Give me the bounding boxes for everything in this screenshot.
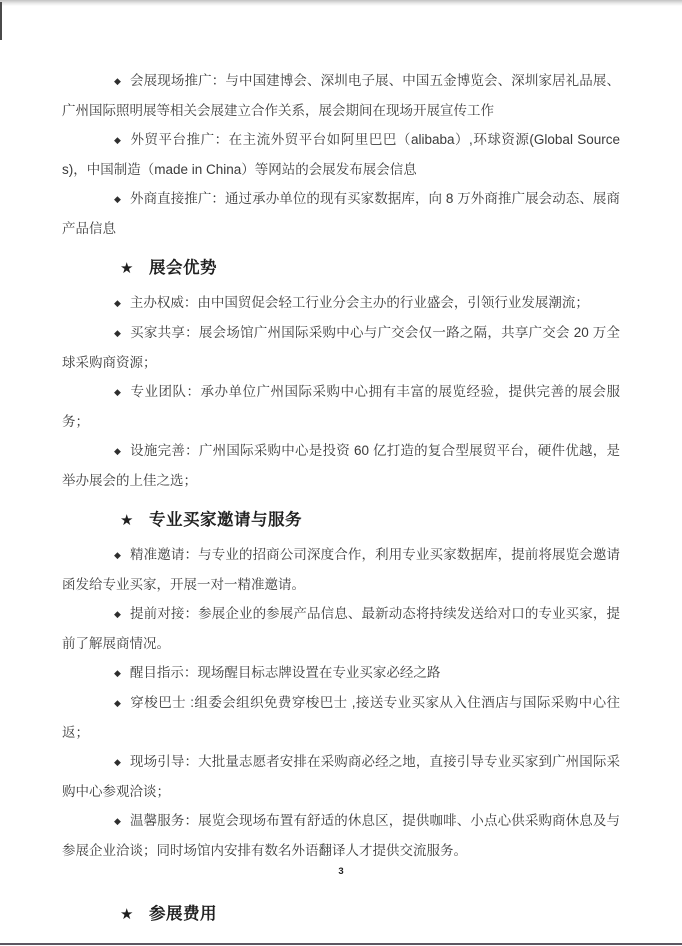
bullet-paragraph: ◆温馨服务：展览会现场布置有舒适的休息区，提供咖啡、小点心供采购商休息及与参展企… [62, 806, 620, 865]
section-title: 专业买家邀请与服务 [149, 511, 302, 529]
bullet-paragraph: ◆醒目指示：现场醒目标志牌设置在专业买家必经之路 [62, 658, 620, 688]
bullet-paragraph: ◆外贸平台推广：在主流外贸平台如阿里巴巴（alibaba）,环球资源(Globa… [62, 125, 620, 184]
bullet-paragraph: ◆提前对接：参展企业的参展产品信息、最新动态将持续发送给对口的专业买家，提前了解… [62, 599, 620, 658]
page-number: 3 [0, 866, 682, 877]
section-heading-advantages: ★展会优势 [62, 253, 620, 284]
diamond-bullet-icon: ◆ [114, 135, 121, 145]
bullet-text: 专业团队：承办单位广州国际采购中心拥有丰富的展览经验，提供完善的展会服务； [62, 384, 620, 429]
diamond-bullet-icon: ◆ [114, 816, 121, 826]
section-heading-fees: ★参展费用 [62, 899, 620, 930]
bullet-paragraph: ◆穿梭巴士 :组委会组织免费穿梭巴士 ,接送专业买家从入住酒店与国际采购中心往返… [62, 688, 620, 747]
section-title: 参展费用 [149, 905, 217, 923]
bullet-text: 醒目指示：现场醒目标志牌设置在专业买家必经之路 [130, 665, 441, 680]
document-page: ◆会展现场推广：与中国建博会、深圳电子展、中国五金博览会、深圳家居礼品展、广州国… [0, 0, 682, 946]
bullet-paragraph: ◆专业团队：承办单位广州国际采购中心拥有丰富的展览经验，提供完善的展会服务； [62, 377, 620, 436]
bullet-text: 会展现场推广：与中国建博会、深圳电子展、中国五金博览会、深圳家居礼品展、广州国际… [62, 73, 620, 118]
diamond-bullet-icon: ◆ [114, 698, 121, 708]
bullet-text: 精准邀请：与专业的招商公司深度合作，利用专业买家数据库，提前将展览会邀请函发给专… [62, 547, 620, 592]
bullet-paragraph: ◆主办权威：由中国贸促会轻工行业分会主办的行业盛会，引领行业发展潮流； [62, 288, 620, 318]
diamond-bullet-icon: ◆ [114, 76, 121, 86]
section-heading-buyer-services: ★专业买家邀请与服务 [62, 505, 620, 536]
diamond-bullet-icon: ◆ [114, 668, 121, 678]
bullet-paragraph: ◆会展现场推广：与中国建博会、深圳电子展、中国五金博览会、深圳家居礼品展、广州国… [62, 66, 620, 125]
diamond-bullet-icon: ◆ [114, 757, 121, 767]
diamond-bullet-icon: ◆ [114, 550, 121, 560]
star-icon: ★ [120, 260, 134, 277]
bullet-paragraph: ◆精准邀请：与专业的招商公司深度合作，利用专业买家数据库，提前将展览会邀请函发给… [62, 540, 620, 599]
document-body: ◆会展现场推广：与中国建博会、深圳电子展、中国五金博览会、深圳家居礼品展、广州国… [62, 66, 620, 934]
bullet-text: 买家共享：展会场馆广州国际采购中心与广交会仅一路之隔，共享广交会 20 万全球采… [62, 325, 620, 370]
diamond-bullet-icon: ◆ [114, 298, 121, 308]
diamond-bullet-icon: ◆ [114, 328, 121, 338]
bullet-text: 提前对接：参展企业的参展产品信息、最新动态将持续发送给对口的专业买家，提前了解展… [62, 606, 620, 651]
bullet-paragraph: ◆设施完善：广州国际采购中心是投资 60 亿打造的复合型展贸平台，硬件优越，是举… [62, 436, 620, 495]
diamond-bullet-icon: ◆ [114, 609, 121, 619]
bullet-text: 现场引导：大批量志愿者安排在采购商必经之地，直接引导专业买家到广州国际采购中心参… [62, 754, 620, 799]
section-title: 展会优势 [149, 259, 217, 277]
bullet-text: 外贸平台推广：在主流外贸平台如阿里巴巴（alibaba）,环球资源(Global… [62, 132, 620, 177]
bullet-text: 穿梭巴士 :组委会组织免费穿梭巴士 ,接送专业买家从入住酒店与国际采购中心往返； [62, 695, 620, 740]
star-icon: ★ [120, 512, 134, 529]
bullet-text: 温馨服务：展览会现场布置有舒适的休息区，提供咖啡、小点心供采购商休息及与参展企业… [62, 813, 620, 858]
star-icon: ★ [120, 906, 134, 923]
page-edge-mark [0, 2, 2, 40]
bullet-text: 设施完善：广州国际采购中心是投资 60 亿打造的复合型展贸平台，硬件优越，是举办… [62, 443, 620, 488]
bullet-text: 主办权威：由中国贸促会轻工行业分会主办的行业盛会，引领行业发展潮流； [130, 295, 589, 310]
bullet-paragraph: ◆买家共享：展会场馆广州国际采购中心与广交会仅一路之隔，共享广交会 20 万全球… [62, 318, 620, 377]
bullet-text: 外商直接推广：通过承办单位的现有买家数据库，向 8 万外商推广展会动态、展商产品… [62, 191, 620, 236]
bullet-paragraph: ◆外商直接推广：通过承办单位的现有买家数据库，向 8 万外商推广展会动态、展商产… [62, 184, 620, 243]
page-top-shadow [0, 0, 682, 6]
diamond-bullet-icon: ◆ [114, 387, 121, 397]
diamond-bullet-icon: ◆ [114, 446, 121, 456]
bullet-paragraph: ◆现场引导：大批量志愿者安排在采购商必经之地，直接引导专业买家到广州国际采购中心… [62, 747, 620, 806]
page-bottom-border [0, 943, 682, 945]
diamond-bullet-icon: ◆ [114, 194, 121, 204]
